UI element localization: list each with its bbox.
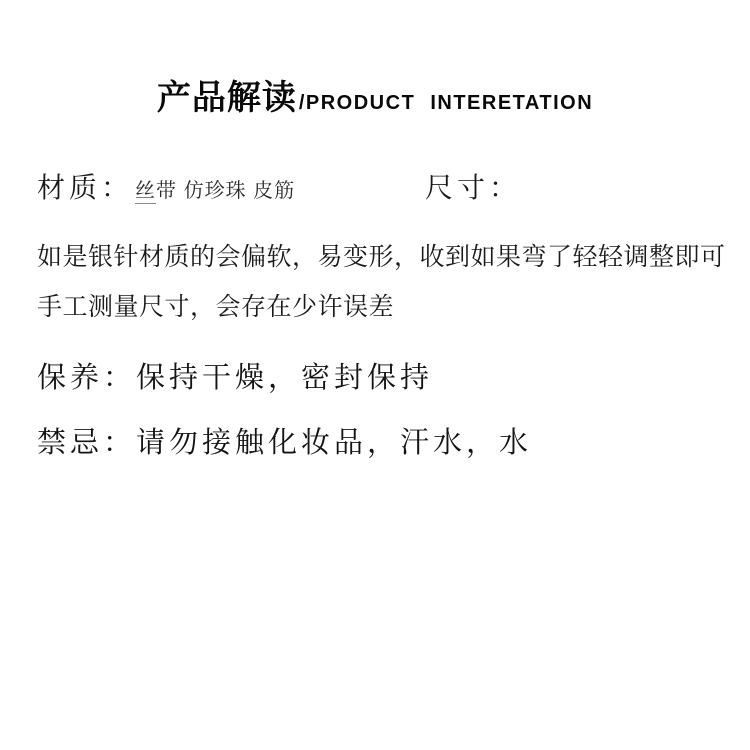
- care-value: 保持干燥，密封保持: [136, 355, 433, 396]
- material-spec: 材质： 丝带 仿珍珠 皮筋: [37, 166, 295, 206]
- taboo-instruction: 禁忌：请勿接触化妆品，汗水，水: [37, 420, 532, 461]
- product-description-card: 产品解读 /PRODUCT INTERETATION 材质： 丝带 仿珍珠 皮筋…: [0, 0, 750, 750]
- taboo-label: 禁忌：: [37, 420, 136, 461]
- size-spec: 尺寸：: [425, 166, 521, 206]
- material-value: 丝带 仿珍珠 皮筋: [135, 174, 295, 203]
- section-header: 产品解读 /PRODUCT INTERETATION: [0, 70, 750, 119]
- material-label: 材质：: [37, 166, 133, 206]
- material-value-rest-part: 带 仿珍珠 皮筋: [156, 180, 295, 202]
- taboo-value: 请勿接触化妆品，汗水，水: [136, 420, 532, 461]
- note-line-1: 如是银针材质的会偏软，易变形，收到如果弯了轻轻调整即可: [37, 237, 726, 273]
- note-line-2: 手工测量尺寸，会存在少许误差: [37, 287, 394, 323]
- section-title-cn: 产品解读: [157, 70, 297, 119]
- care-instruction: 保养：保持干燥，密封保持: [37, 355, 433, 396]
- section-title-en: /PRODUCT INTERETATION: [299, 92, 593, 115]
- care-label: 保养：: [37, 355, 136, 396]
- size-label: 尺寸：: [425, 172, 521, 203]
- material-value-underlined-part: 丝: [135, 180, 156, 204]
